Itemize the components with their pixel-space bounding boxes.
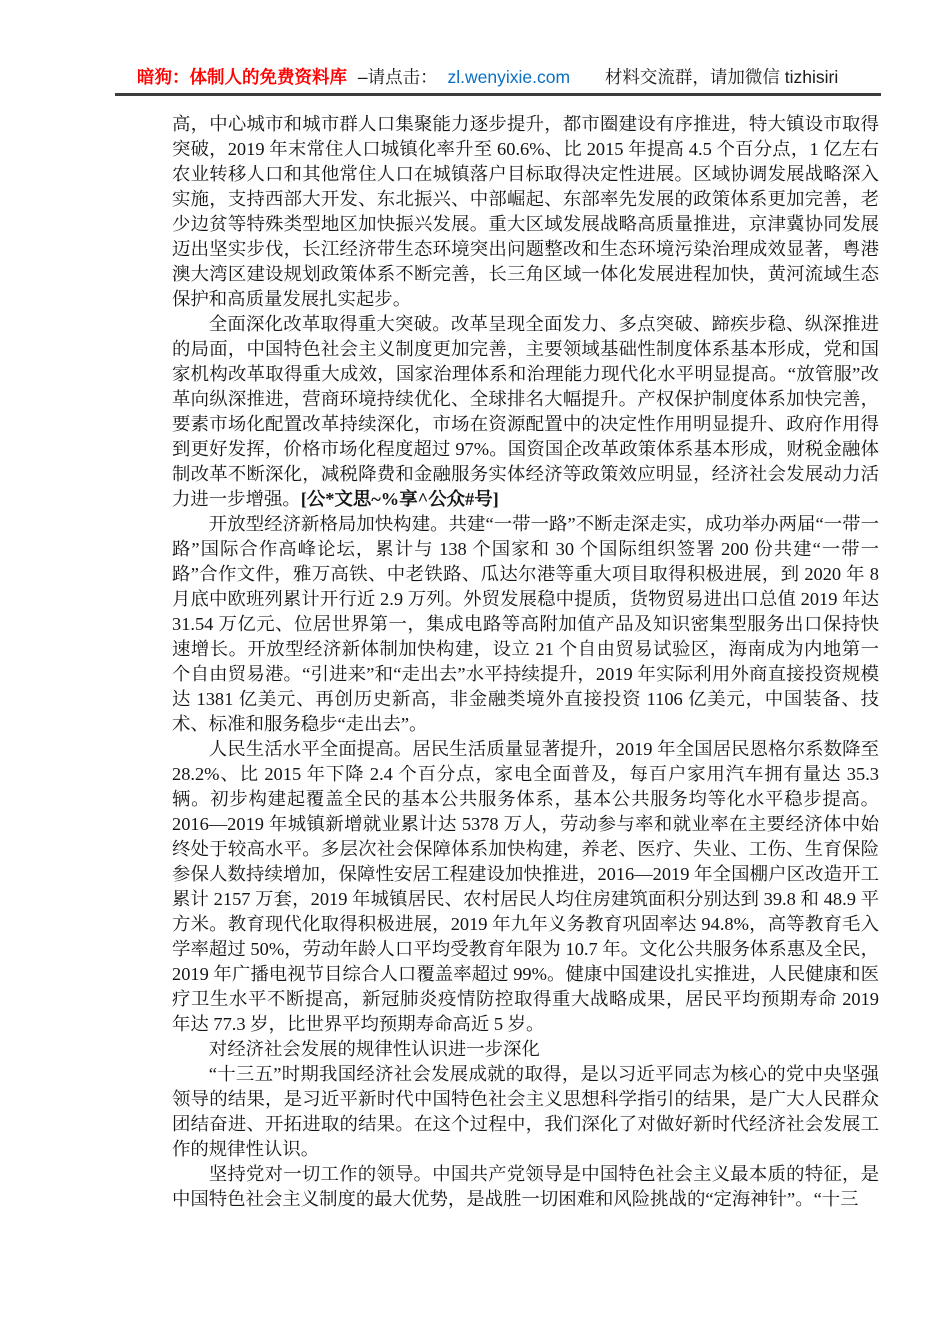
paragraph: 全面深化改革取得重大突破。改革呈现全面发力、多点突破、蹄疾步稳、纵深推进的局面，… bbox=[172, 312, 879, 512]
paragraph: “十三五”时期我国经济社会发展成就的取得，是以习近平同志为核心的党中央坚强领导的… bbox=[172, 1062, 879, 1162]
text-run: 高，中心城市和城市群人口集聚能力逐步提升，都市圈建设有序推进，特大镇设市取得突破… bbox=[172, 114, 879, 309]
header-click-prompt: –请点击： bbox=[358, 67, 438, 87]
bold-text-run: [公*文思~%享^公众#号] bbox=[301, 489, 499, 509]
text-run: “十三五”时期我国经济社会发展成就的取得，是以习近平同志为核心的党中央坚强领导的… bbox=[172, 1064, 879, 1159]
header-site-link[interactable]: zl.wenyixie.com bbox=[447, 67, 570, 87]
paragraph: 开放型经济新格局加快构建。共建“一带一路”不断走深走实，成功举办两届“一带一路”… bbox=[172, 512, 879, 737]
text-run: 开放型经济新格局加快构建。共建“一带一路”不断走深走实，成功举办两届“一带一路”… bbox=[172, 514, 879, 734]
text-run: 人民生活水平全面提高。居民生活质量显著提升，2019 年全国居民恩格尔系数降至 … bbox=[172, 739, 879, 1034]
text-run: 全面深化改革取得重大突破。改革呈现全面发力、多点突破、蹄疾步稳、纵深推进的局面，… bbox=[172, 314, 879, 509]
text-run: 坚持党对一切工作的领导。中国共产党领导是中国特色社会主义最本质的特征，是中国特色… bbox=[172, 1164, 879, 1209]
header-brand: 暗狗：体制人的免费资料库 bbox=[137, 67, 347, 87]
paragraph: 人民生活水平全面提高。居民生活质量显著提升，2019 年全国居民恩格尔系数降至 … bbox=[172, 737, 879, 1037]
header-divider bbox=[115, 93, 881, 96]
document-body: 高，中心城市和城市群人口集聚能力逐步提升，都市圈建设有序推进，特大镇设市取得突破… bbox=[172, 112, 879, 1212]
paragraph: 坚持党对一切工作的领导。中国共产党领导是中国特色社会主义最本质的特征，是中国特色… bbox=[172, 1162, 879, 1212]
text-run: 对经济社会发展的规律性认识进一步深化 bbox=[209, 1039, 540, 1059]
document-page: 暗狗：体制人的免费资料库 –请点击： zl.wenyixie.com 材料交流群… bbox=[0, 0, 950, 1344]
paragraph: 高，中心城市和城市群人口集聚能力逐步提升，都市圈建设有序推进，特大镇设市取得突破… bbox=[172, 112, 879, 312]
header-contact-note: 材料交流群，请加微信 tizhisiri bbox=[605, 67, 838, 87]
header-text-row: 暗狗：体制人的免费资料库 –请点击： zl.wenyixie.com 材料交流群… bbox=[137, 64, 838, 89]
paragraph: 对经济社会发展的规律性认识进一步深化 bbox=[172, 1037, 879, 1062]
